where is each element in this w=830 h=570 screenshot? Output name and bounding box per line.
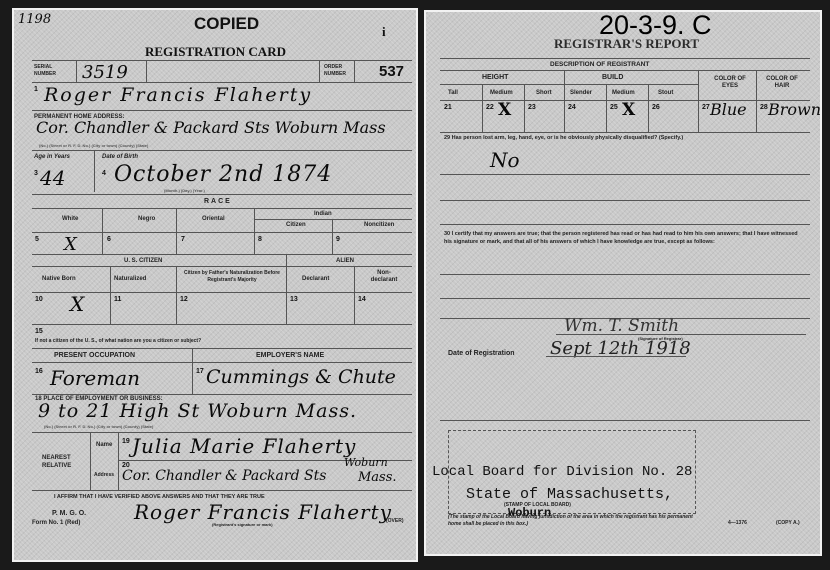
- relative-name-value: Julia Marie Flaherty: [132, 434, 356, 458]
- over-label: (OVER): [386, 518, 404, 524]
- race-label: RACE: [204, 198, 232, 205]
- stamp-line-2: State of Massachusetts,: [466, 486, 673, 503]
- height-label: HEIGHT: [482, 74, 508, 81]
- hair-color-value: Brown: [768, 100, 821, 119]
- height-medium-mark: X: [498, 100, 511, 120]
- serial-number-label: SERIAL NUMBER: [34, 64, 56, 78]
- order-number-value: 537: [379, 63, 404, 80]
- report-title: REGISTRAR'S REPORT: [554, 36, 699, 52]
- serial-number-value: 3519: [82, 62, 128, 83]
- eye-color-label: COLOR OF EYES: [712, 76, 748, 90]
- certification-text: 30 I certify that my answers are true; t…: [444, 230, 804, 246]
- registrar-signature: Wm. T. Smith: [564, 316, 679, 336]
- employer-value: Cummings & Chute: [206, 366, 396, 388]
- stamp-note: (The stamp of the Local Board having jur…: [448, 514, 698, 528]
- description-label: DESCRIPTION OF REGISTRANT: [550, 61, 649, 68]
- form-code: 4—1376: [728, 520, 747, 526]
- dob-value: October 2nd 1874: [114, 162, 332, 187]
- stamp-line-1: Local Board for Division No. 28: [432, 464, 692, 480]
- card-mark: i: [382, 24, 386, 40]
- indian-label: Indian: [314, 211, 332, 217]
- registrant-name: Roger Francis Flaherty: [44, 84, 312, 106]
- age-value: 44: [40, 166, 65, 190]
- build-medium-mark: X: [622, 100, 635, 120]
- age-label: Age in Years: [34, 154, 70, 160]
- registrant-signature: Roger Francis Flaherty: [134, 500, 392, 524]
- registration-card: 1198 COPIED i REGISTRATION CARD SERIAL N…: [12, 8, 418, 562]
- alien-label: ALIEN: [336, 258, 354, 264]
- us-citizen-label: U. S. CITIZEN: [124, 258, 162, 264]
- hair-color-label: COLOR OF HAIR: [764, 76, 800, 90]
- home-address-value: Cor. Chandler & Packard Sts Woburn Mass: [36, 118, 386, 137]
- relative-address-state: Mass.: [358, 470, 397, 485]
- form-label: Form No. 1 (Red): [32, 520, 80, 526]
- occupation-value: Foreman: [50, 366, 140, 390]
- not-citizen-label: If not a citizen of the U. S., of what n…: [35, 338, 201, 344]
- relative-address-city: Woburn: [344, 456, 388, 469]
- card-title: REGISTRATION CARD: [145, 44, 286, 60]
- corner-number: 1198: [18, 12, 51, 27]
- nearest-relative-label: NEAREST RELATIVE: [42, 454, 82, 470]
- registrars-report-card: 20-3-9. C REGISTRAR'S REPORT DESCRIPTION…: [424, 10, 822, 556]
- eye-color-value: Blue: [710, 100, 747, 119]
- date-of-registration-label: Date of Registration: [448, 350, 515, 357]
- race-white-mark: X: [64, 234, 77, 255]
- pmgo-label: P. M. G. O.: [52, 510, 86, 517]
- copied-stamp: COPIED: [194, 14, 259, 34]
- answer-29: No: [490, 148, 520, 172]
- order-number-label: ORDER NUMBER: [324, 64, 354, 78]
- employer-label: EMPLOYER'S NAME: [256, 352, 324, 359]
- question-29: 29 Has person lost arm, leg, hand, eye, …: [444, 134, 804, 142]
- copy-label: (COPY A.): [776, 520, 800, 526]
- relative-address-value: Cor. Chandler & Packard Sts: [122, 468, 326, 484]
- place-of-employment-value: 9 to 21 High St Woburn Mass.: [38, 400, 357, 422]
- dob-label: Date of Birth: [102, 154, 138, 160]
- build-label: BUILD: [602, 74, 623, 81]
- occupation-label: PRESENT OCCUPATION: [54, 352, 135, 359]
- native-born-mark: X: [70, 292, 84, 316]
